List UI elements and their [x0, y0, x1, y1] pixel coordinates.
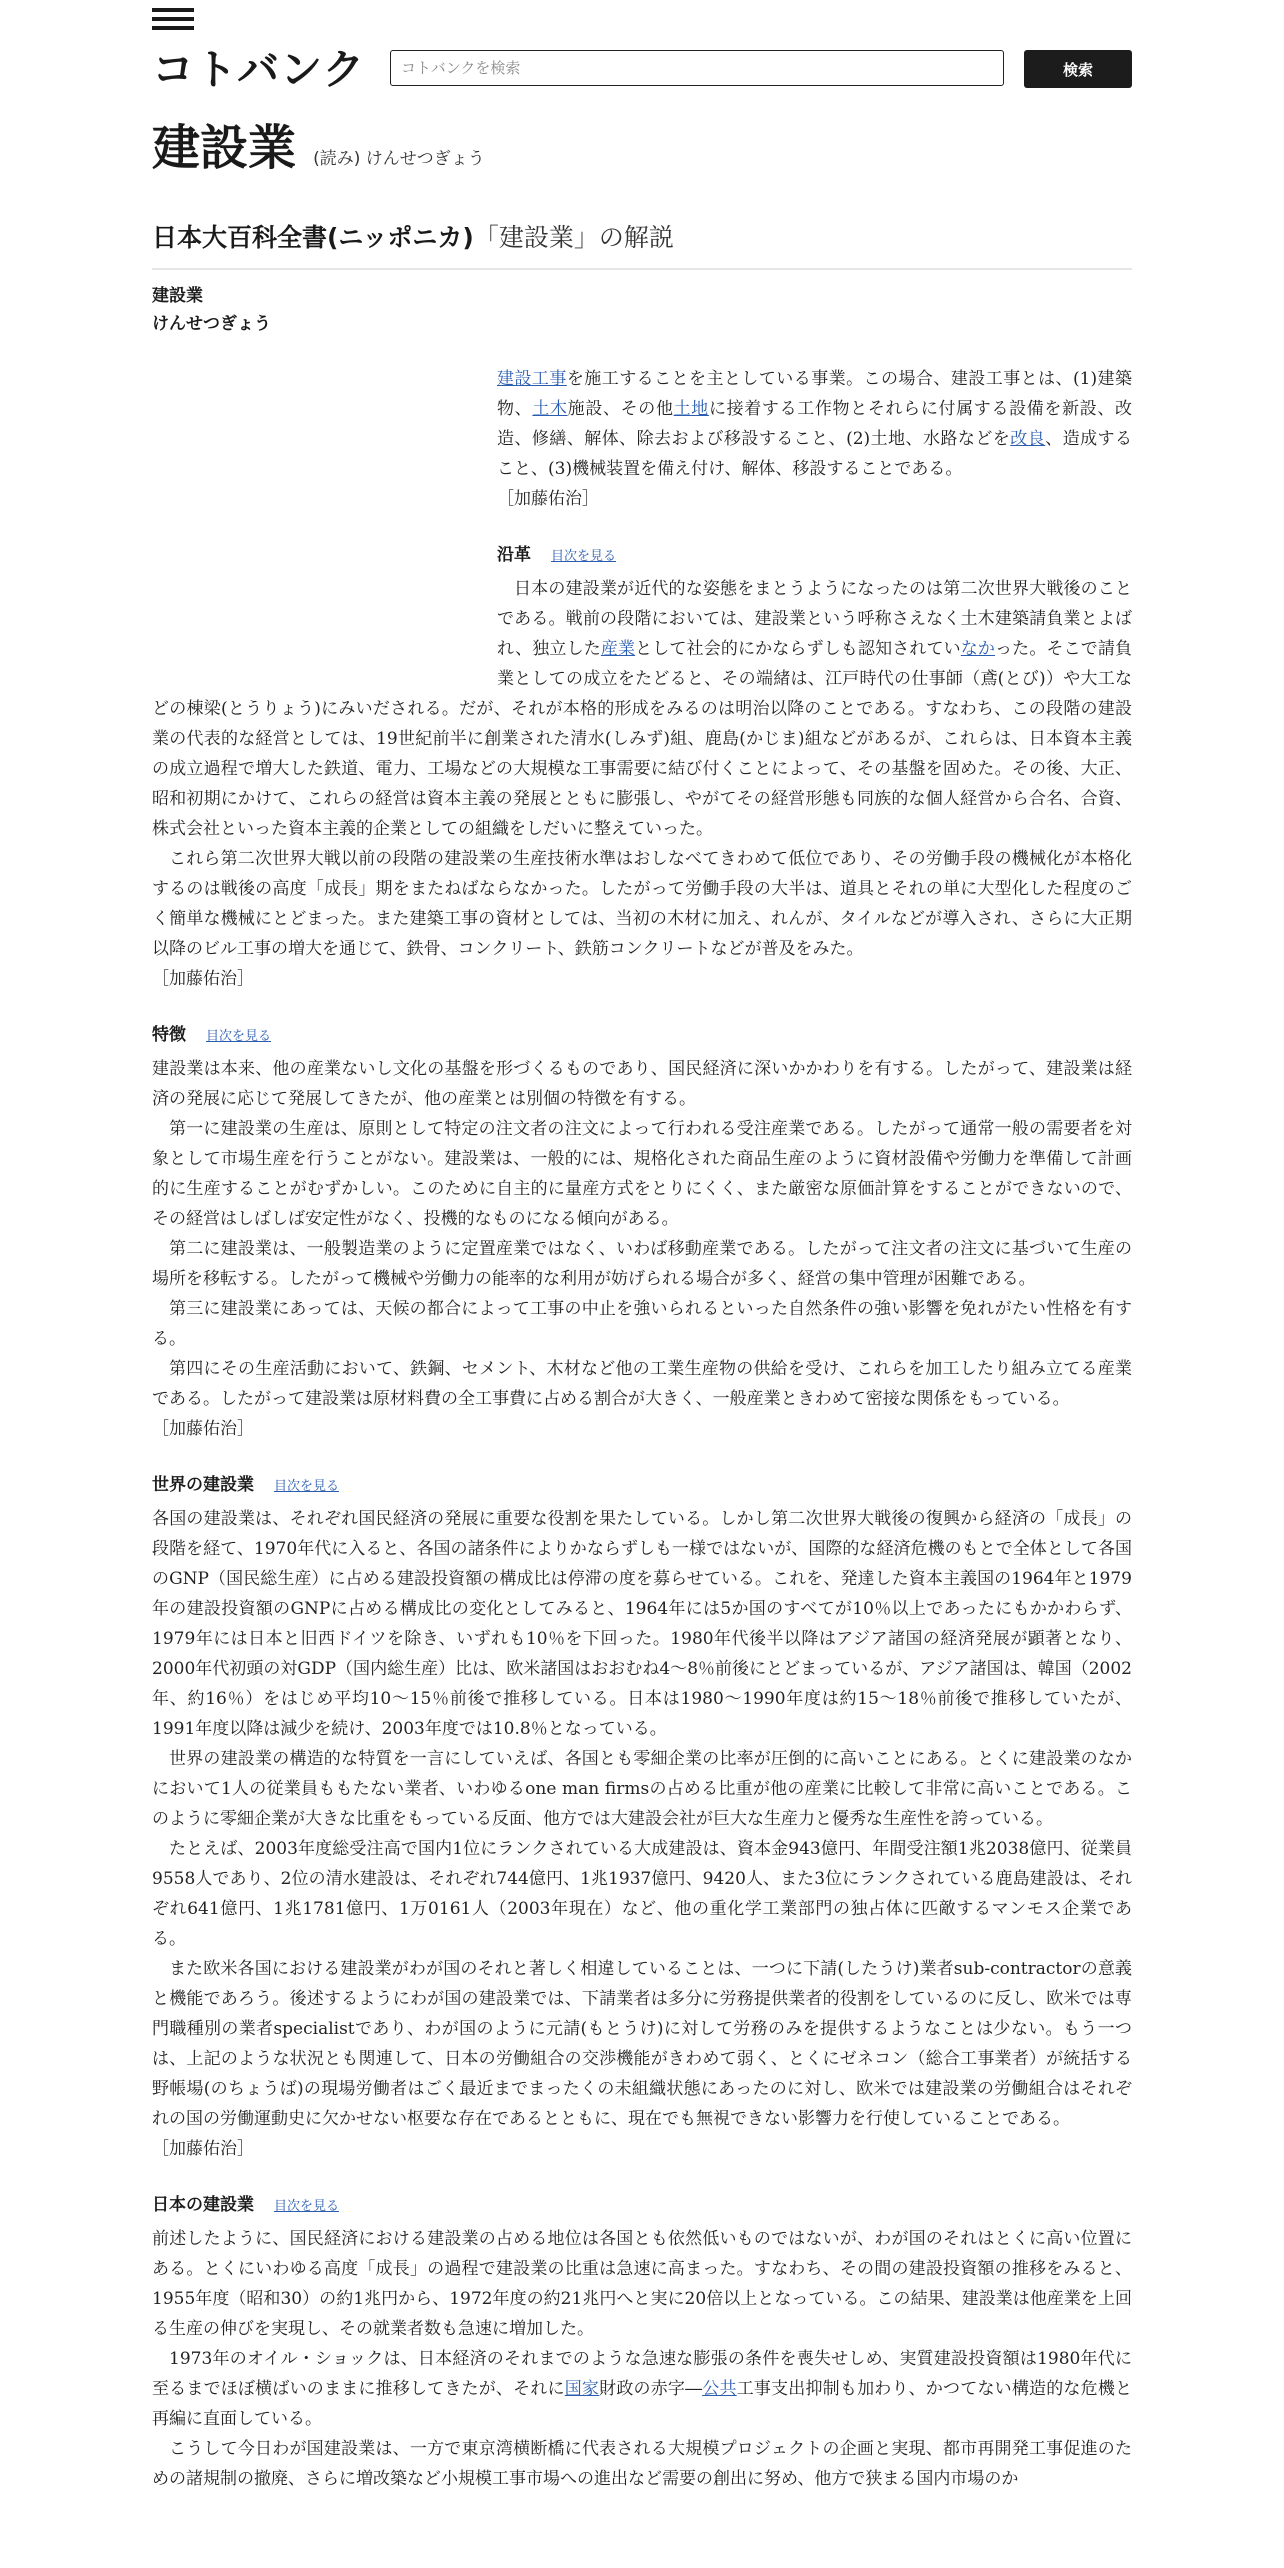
- paragraph: また欧米各国における建設業がわが国のそれと著しく相違していることは、一つに下請(…: [152, 1954, 1132, 2134]
- dictionary-name: 日本大百科全書(ニッポニカ): [152, 223, 474, 252]
- toc-link[interactable]: 目次を見る: [206, 1029, 271, 1044]
- text-run: たとえば、2003年度総受注高で国内1位にランクされている大成建設は、資本金94…: [152, 1839, 1132, 1949]
- paragraph: 第一に建設業の生産は、原則として特定の注文者の注文によって行われる受注産業である…: [152, 1114, 1132, 1234]
- toc-link[interactable]: 目次を見る: [551, 549, 616, 564]
- text-run: 各国の建設業は、それぞれ国民経済の発展に重要な役割を果たしている。しかし第二次世…: [152, 1509, 1132, 1739]
- section-spacer: [152, 2164, 1132, 2190]
- text-run: として社会的にかならずしも認知されてい: [635, 639, 961, 659]
- section-title: 世界の建設業: [152, 1475, 254, 1495]
- sections-container: 沿革目次を見る日本の建設業が近代的な姿態をまとうようになったのは第二次世界大戦後…: [152, 514, 1132, 2494]
- text-run: 前述したように、国民経済における建設業の占める地位は各国とも依然低いものではない…: [152, 2229, 1132, 2339]
- inline-link[interactable]: 産業: [601, 639, 635, 659]
- section-title: 特徴: [152, 1025, 186, 1045]
- text-run: 建設業は本来、他の産業ないし文化の基盤を形づくるものであり、国民経済に深いかかわ…: [152, 1059, 1132, 1109]
- section-title: 日本の建設業: [152, 2195, 254, 2215]
- inline-link[interactable]: なか: [961, 639, 995, 659]
- site-header: コトバンク 検索: [152, 48, 1132, 92]
- dictionary-heading: 日本大百科全書(ニッポニカ)「建設業」の解説: [152, 218, 1132, 270]
- article-content: 建設工事を施工することを主としている事業。この場合、建設工事とは、(1)建築物、…: [152, 364, 1132, 2494]
- author-credit: ［加藤佑治］: [152, 2134, 1132, 2164]
- article-headword: 建設業: [152, 282, 1132, 310]
- hamburger-menu-icon[interactable]: [152, 8, 194, 32]
- section-spacer: [152, 994, 1132, 1020]
- article-body: 建設業 けんせつぎょう 建設工事を施工することを主としている事業。この場合、建設…: [152, 282, 1132, 2494]
- text-run: 第二に建設業は、一般製造業のように定置産業ではなく、いわば移動産業である。したが…: [152, 1239, 1132, 1289]
- text-run: こうして今日わが国建設業は、一方で東京湾横断橋に代表される大規模プロジェクトの企…: [152, 2439, 1132, 2489]
- inline-link[interactable]: 国家: [565, 2379, 599, 2399]
- section-title: 沿革: [497, 545, 531, 565]
- paragraph: 各国の建設業は、それぞれ国民経済の発展に重要な役割を果たしている。しかし第二次世…: [152, 1504, 1132, 1744]
- paragraph: 第四にその生産活動において、鉄鋼、セメント、木材など他の工業生産物の供給を受け、…: [152, 1354, 1132, 1414]
- author-credit: ［加藤佑治］: [152, 964, 1132, 994]
- inline-link[interactable]: 公共: [702, 2379, 737, 2399]
- search-input[interactable]: [390, 50, 1004, 86]
- text-run: 財政の赤字―: [599, 2379, 702, 2399]
- paragraph: 第二に建設業は、一般製造業のように定置産業ではなく、いわば移動産業である。したが…: [152, 1234, 1132, 1294]
- text-run: 第四にその生産活動において、鉄鋼、セメント、木材など他の工業生産物の供給を受け、…: [152, 1359, 1132, 1409]
- page-title: 建設業: [152, 118, 296, 178]
- inline-link[interactable]: 改良: [1010, 429, 1045, 449]
- paragraph: 1973年のオイル・ショックは、日本経済のそれまでのような急速な膨張の条件を喪失…: [152, 2344, 1132, 2434]
- section-spacer: [152, 1444, 1132, 1470]
- text-run: 施設、その他: [568, 399, 674, 419]
- text-run: これら第二次世界大戦以前の段階の建設業の生産技術水準はおしなべてきわめて低位であ…: [152, 849, 1132, 959]
- text-run: 第一に建設業の生産は、原則として特定の注文者の注文によって行われる受注産業である…: [152, 1119, 1132, 1229]
- ad-placeholder: [152, 364, 497, 694]
- paragraph: 前述したように、国民経済における建設業の占める地位は各国とも依然低いものではない…: [152, 2224, 1132, 2344]
- text-run: また欧米各国における建設業がわが国のそれと著しく相違していることは、一つに下請(…: [152, 1959, 1132, 2129]
- text-run: 第三に建設業にあっては、天候の都合によって工事の中止を強いられるといった自然条件…: [152, 1299, 1132, 1349]
- section-heading: 特徴目次を見る: [152, 1020, 1132, 1052]
- dictionary-suffix: 「建設業」の解説: [474, 223, 674, 252]
- section-heading: 日本の建設業目次を見る: [152, 2190, 1132, 2222]
- inline-link[interactable]: 建設工事: [497, 369, 567, 389]
- paragraph: こうして今日わが国建設業は、一方で東京湾横断橋に代表される大規模プロジェクトの企…: [152, 2434, 1132, 2494]
- section-heading: 世界の建設業目次を見る: [152, 1470, 1132, 1502]
- inline-link[interactable]: 土木: [532, 399, 567, 419]
- paragraph: これら第二次世界大戦以前の段階の建設業の生産技術水準はおしなべてきわめて低位であ…: [152, 844, 1132, 964]
- paragraph: 第三に建設業にあっては、天候の都合によって工事の中止を強いられるといった自然条件…: [152, 1294, 1132, 1354]
- inline-link[interactable]: 土地: [674, 399, 709, 419]
- author-credit: ［加藤佑治］: [152, 1414, 1132, 1444]
- toc-link[interactable]: 目次を見る: [274, 1479, 339, 1494]
- paragraph: たとえば、2003年度総受注高で国内1位にランクされている大成建設は、資本金94…: [152, 1834, 1132, 1954]
- paragraph: 建設業は本来、他の産業ないし文化の基盤を形づくるものであり、国民経済に深いかかわ…: [152, 1054, 1132, 1114]
- entry-title-row: 建設業 (読み) けんせつぎょう: [152, 118, 485, 178]
- toc-link[interactable]: 目次を見る: [274, 2199, 339, 2214]
- title-reading: (読み) けんせつぎょう: [313, 144, 485, 169]
- search-button[interactable]: 検索: [1024, 50, 1132, 88]
- paragraph: 世界の建設業の構造的な特質を一言にしていえば、各国とも零細企業の比率が圧倒的に高…: [152, 1744, 1132, 1834]
- site-logo[interactable]: コトバンク: [152, 46, 365, 94]
- text-run: 世界の建設業の構造的な特質を一言にしていえば、各国とも零細企業の比率が圧倒的に高…: [152, 1749, 1132, 1829]
- article-headword-reading: けんせつぎょう: [152, 310, 1132, 338]
